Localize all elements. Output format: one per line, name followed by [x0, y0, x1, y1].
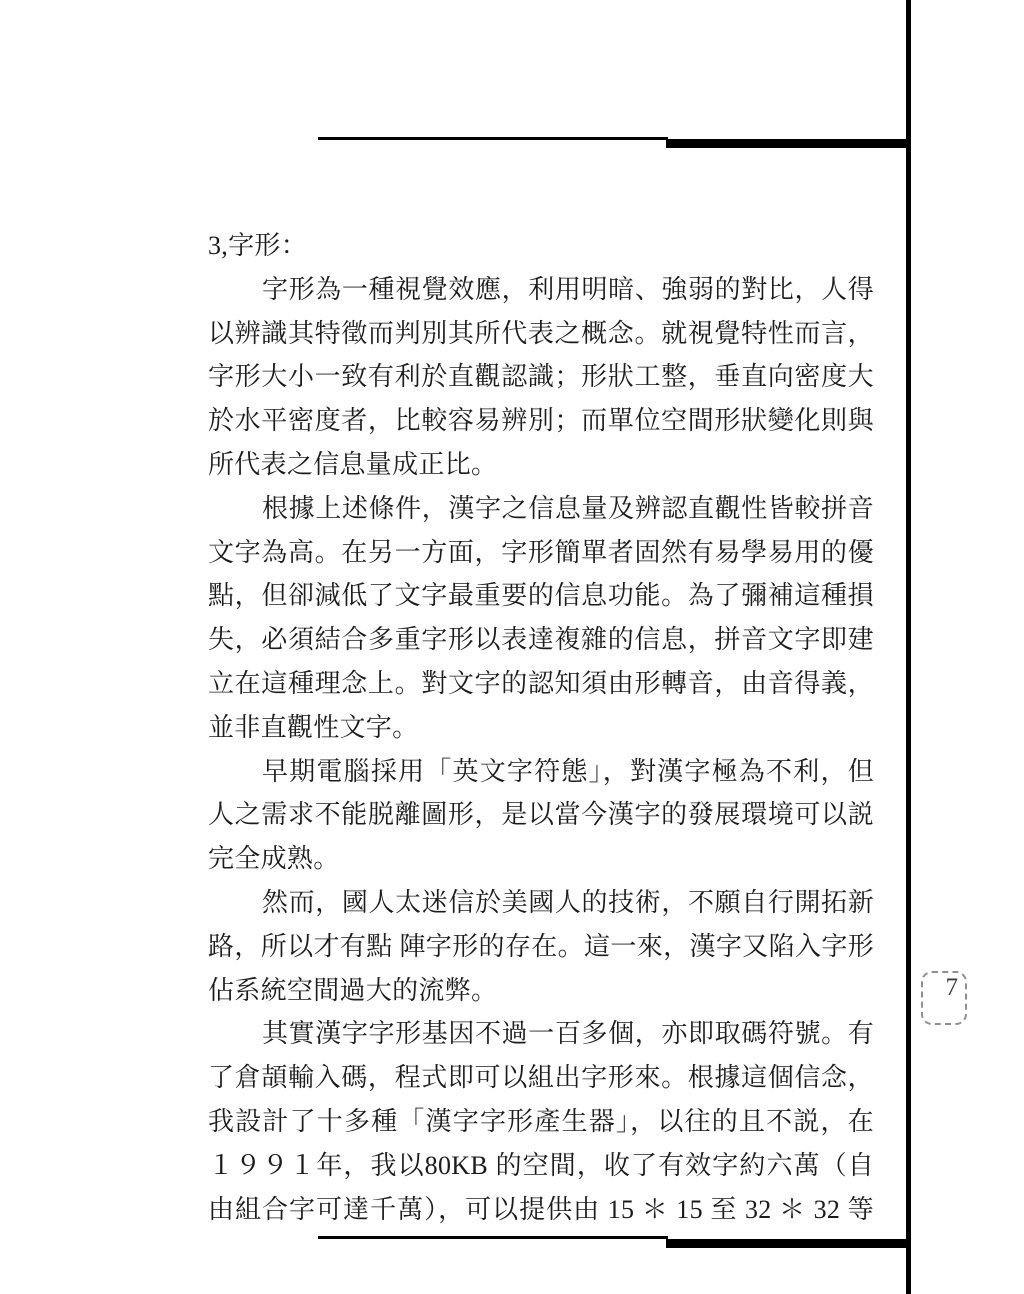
text-line: 失，必須結合多重字形以表達複雜的信息，拼音文字即建	[208, 618, 874, 662]
text-line: 人之需求不能脱離圖形，是以當今漢字的發展環境可以説	[208, 793, 874, 837]
bottom-thick-bar	[666, 1239, 911, 1248]
text-line: 了倉頡輸入碼，程式即可以組出字形來。根據這個信念，	[208, 1056, 874, 1100]
right-vertical-rule	[906, 0, 911, 1294]
text-line: 字形為一種視覺效應，利用明暗、強弱的對比，人得	[208, 268, 874, 312]
text-line: １９９１年，我以80KB 的空間，收了有效字約六萬（自	[208, 1144, 874, 1188]
page-number-box: 7	[921, 971, 967, 1025]
top-thick-bar	[666, 139, 911, 148]
text-line: 文字為高。在另一方面，字形簡單者固然有易學易用的優	[208, 531, 874, 575]
text-line: 以辨識其特徵而判別其所代表之概念。就視覺特性而言，	[208, 312, 874, 356]
text-line: 字形大小一致有利於直觀認識；形狀工整，垂直向密度大	[208, 355, 874, 399]
text-line: 並非直觀性文字。	[208, 706, 874, 750]
text-line: 於水平密度者，比較容易辨別；而單位空間形狀變化則與	[208, 399, 874, 443]
top-thin-rule	[318, 137, 668, 140]
text-line: 完全成熟。	[208, 837, 874, 881]
text-line: 點，但卻減低了文字最重要的信息功能。為了彌補這種損	[208, 574, 874, 618]
text-line: 佔系統空間過大的流弊。	[208, 969, 874, 1013]
scanned-book-page: 7 3,字形： 字形為一種視覺效應，利用明暗、強弱的對比，人得 以辨識其特徵而判…	[0, 0, 1024, 1294]
text-line: 立在這種理念上。對文字的認知須由形轉音，由音得義，	[208, 662, 874, 706]
text-line: 其實漢字字形基因不過一百多個，亦即取碼符號。有	[208, 1012, 874, 1056]
text-line: 然而，國人太迷信於美國人的技術，不願自行開拓新	[208, 881, 874, 925]
text-line: 我設計了十多種「漢字字形產生器」，以往的且不説，在	[208, 1100, 874, 1144]
page-number: 7	[946, 974, 959, 1002]
text-line: 所代表之信息量成正比。	[208, 443, 874, 487]
bottom-thin-rule	[318, 1236, 668, 1239]
text-line: 由組合字可達千萬），可以提供由 15 ＊ 15 至 32 ＊ 32 等	[208, 1188, 874, 1232]
body-text-block: 3,字形： 字形為一種視覺效應，利用明暗、強弱的對比，人得 以辨識其特徵而判別其…	[208, 224, 874, 1231]
text-line: 根據上述條件，漢字之信息量及辨認直觀性皆較拼音	[208, 487, 874, 531]
text-line: 路，所以才有點 陣字形的存在。這一來，漢字又陷入字形	[208, 925, 874, 969]
text-line: 早期電腦採用「英文字符態」，對漢字極為不利，但	[208, 750, 874, 794]
section-heading: 3,字形：	[208, 224, 874, 268]
